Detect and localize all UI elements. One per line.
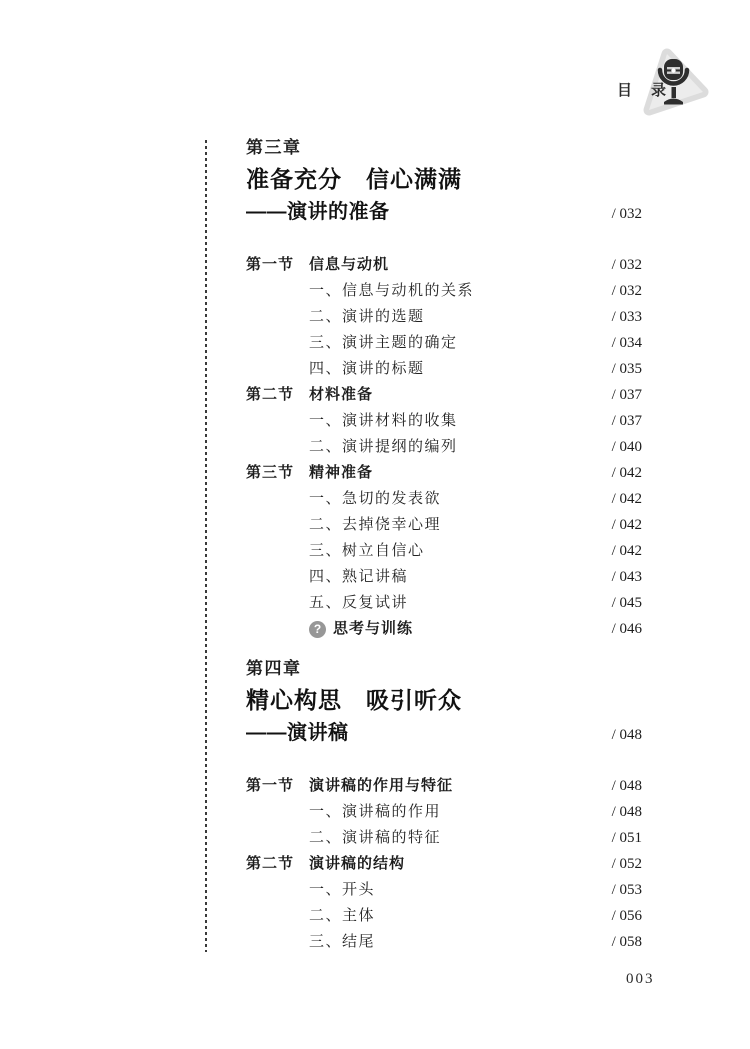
page-number: / 032 — [612, 206, 642, 223]
toc-exercise-row: ? 思考与训练 / 046 — [246, 616, 642, 642]
section-label: 第三节 — [246, 460, 309, 486]
section-title: 演讲稿的结构 — [309, 851, 612, 877]
page-number: / 048 — [612, 727, 642, 744]
toc-item-row: 三、演讲主题的确定 / 034 — [246, 330, 642, 356]
section-label: 第一节 — [246, 252, 309, 278]
chapter-number: 第三章 — [246, 137, 642, 159]
toc-item-row: 一、演讲稿的作用 / 048 — [246, 799, 642, 825]
page-number: / 048 — [612, 799, 642, 825]
toc-section-row: 第二节 演讲稿的结构 / 052 — [246, 851, 642, 877]
toc-item-row: 二、去掉侥幸心理 / 042 — [246, 512, 642, 538]
page-number: / 035 — [612, 356, 642, 382]
page-number: / 042 — [612, 460, 642, 486]
toc-page: { "header": { "label": "目 录" }, "footer"… — [0, 0, 750, 1049]
item-title: 四、演讲的标题 — [309, 356, 612, 382]
exercise-title: 思考与训练 — [333, 616, 612, 642]
page-number: / 058 — [612, 929, 642, 955]
item-title: 二、演讲稿的特征 — [309, 825, 612, 851]
page-number: / 032 — [612, 252, 642, 278]
chapter-subtitle-row: ——演讲稿 / 048 — [246, 718, 642, 748]
page-number: / 037 — [612, 382, 642, 408]
item-title: 一、信息与动机的关系 — [309, 278, 612, 304]
item-title: 一、开头 — [309, 877, 612, 903]
item-title: 一、演讲稿的作用 — [309, 799, 612, 825]
toc-item-row: 一、演讲材料的收集 / 037 — [246, 408, 642, 434]
table-of-contents: 第三章 准备充分 信心满满 ——演讲的准备 / 032 第一节 信息与动机 / … — [246, 137, 642, 955]
toc-section-row: 第一节 信息与动机 / 032 — [246, 252, 642, 278]
section-list: 第一节 演讲稿的作用与特征 / 048 一、演讲稿的作用 / 048 二、演讲稿… — [246, 773, 642, 955]
chapter-block: 第三章 准备充分 信心满满 ——演讲的准备 / 032 第一节 信息与动机 / … — [246, 137, 642, 642]
item-title: 一、演讲材料的收集 — [309, 408, 612, 434]
page-number: / 037 — [612, 408, 642, 434]
chapter-subtitle-row: ——演讲的准备 / 032 — [246, 197, 642, 227]
page-number: / 043 — [612, 564, 642, 590]
section-list: 第一节 信息与动机 / 032 一、信息与动机的关系 / 032 二、演讲的选题… — [246, 252, 642, 642]
section-title: 信息与动机 — [309, 252, 612, 278]
vertical-dashed-divider — [205, 140, 207, 952]
page-number: / 048 — [612, 773, 642, 799]
toc-item-row: 三、结尾 / 058 — [246, 929, 642, 955]
toc-item-row: 四、熟记讲稿 / 043 — [246, 564, 642, 590]
section-label: 第二节 — [246, 851, 309, 877]
toc-item-row: 二、演讲提纲的编列 / 040 — [246, 434, 642, 460]
chapter-block: 第四章 精心构思 吸引听众 ——演讲稿 / 048 第一节 演讲稿的作用与特征 … — [246, 658, 642, 955]
chapter-number: 第四章 — [246, 658, 642, 680]
item-title: 四、熟记讲稿 — [309, 564, 612, 590]
page-number: / 045 — [612, 590, 642, 616]
section-label: 第一节 — [246, 773, 309, 799]
chapter-subtitle: ——演讲的准备 — [246, 197, 390, 227]
toc-item-row: 三、树立自信心 / 042 — [246, 538, 642, 564]
toc-item-row: 四、演讲的标题 / 035 — [246, 356, 642, 382]
item-title: 二、主体 — [309, 903, 612, 929]
question-icon: ? — [309, 621, 326, 638]
section-title: 材料准备 — [309, 382, 612, 408]
page-number: / 040 — [612, 434, 642, 460]
page-number: / 034 — [612, 330, 642, 356]
item-title: 三、演讲主题的确定 — [309, 330, 612, 356]
toc-item-row: 一、开头 / 053 — [246, 877, 642, 903]
page-number: / 033 — [612, 304, 642, 330]
toc-item-row: 一、急切的发表欲 / 042 — [246, 486, 642, 512]
page-number: / 056 — [612, 903, 642, 929]
section-title: 精神准备 — [309, 460, 612, 486]
toc-item-row: 一、信息与动机的关系 / 032 — [246, 278, 642, 304]
toc-section-row: 第一节 演讲稿的作用与特征 / 048 — [246, 773, 642, 799]
toc-item-row: 二、演讲的选题 / 033 — [246, 304, 642, 330]
toc-item-row: 五、反复试讲 / 045 — [246, 590, 642, 616]
chapter-title: 准备充分 信心满满 — [246, 164, 642, 194]
item-title: 五、反复试讲 — [309, 590, 612, 616]
item-title: 二、演讲提纲的编列 — [309, 434, 612, 460]
page-number: / 053 — [612, 877, 642, 903]
toc-section-row: 第二节 材料准备 / 037 — [246, 382, 642, 408]
toc-item-row: 二、演讲稿的特征 / 051 — [246, 825, 642, 851]
page-number: / 046 — [612, 616, 642, 642]
item-title: 三、结尾 — [309, 929, 612, 955]
chapter-title: 精心构思 吸引听众 — [246, 685, 642, 715]
page-number: / 042 — [612, 512, 642, 538]
page-number: / 042 — [612, 486, 642, 512]
toc-section-row: 第三节 精神准备 / 042 — [246, 460, 642, 486]
item-title: 二、演讲的选题 — [309, 304, 612, 330]
section-label: 第二节 — [246, 382, 309, 408]
page-number: / 051 — [612, 825, 642, 851]
item-title: 一、急切的发表欲 — [309, 486, 612, 512]
page-number: / 052 — [612, 851, 642, 877]
item-title: 三、树立自信心 — [309, 538, 612, 564]
page-number: / 032 — [612, 278, 642, 304]
chapter-subtitle: ——演讲稿 — [246, 718, 349, 748]
page-number: / 042 — [612, 538, 642, 564]
section-title: 演讲稿的作用与特征 — [309, 773, 612, 799]
item-title: 二、去掉侥幸心理 — [309, 512, 612, 538]
folio-page-number: 003 — [626, 971, 655, 988]
running-header-label: 目 录 — [617, 79, 668, 100]
toc-item-row: 二、主体 / 056 — [246, 903, 642, 929]
